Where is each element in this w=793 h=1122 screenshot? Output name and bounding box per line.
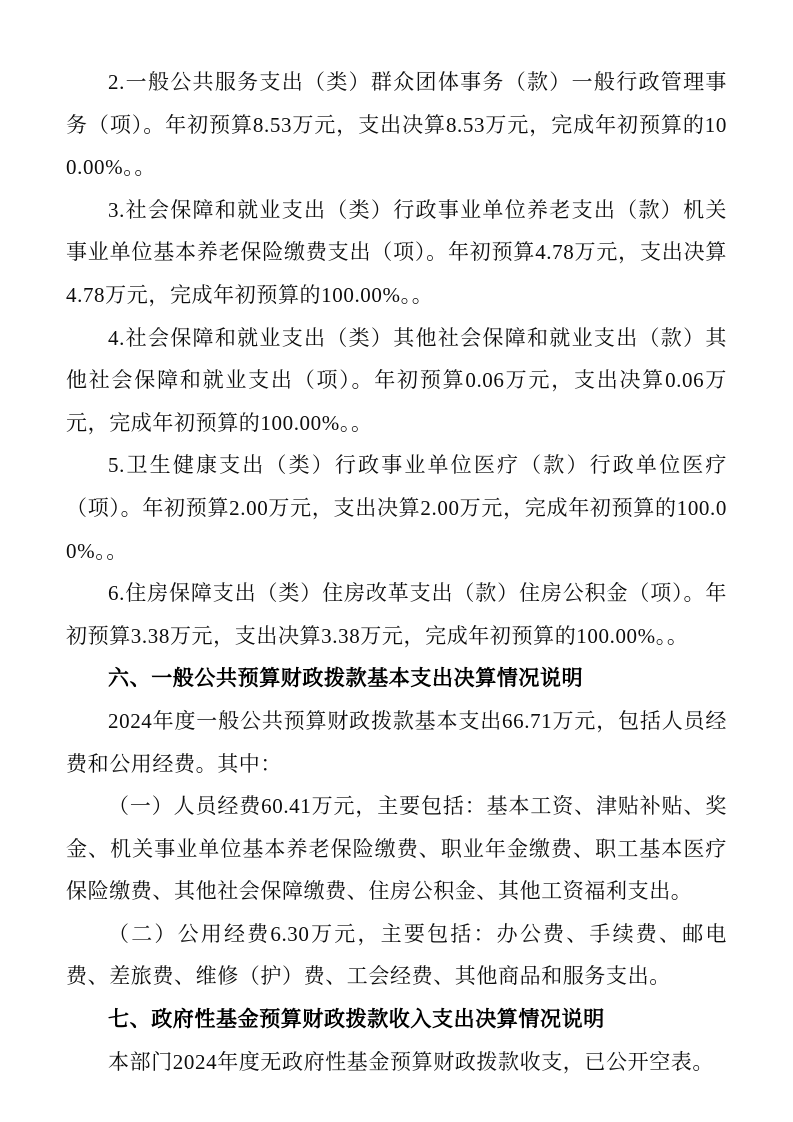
paragraph-basic-expense-summary: 2024年度一般公共预算财政拨款基本支出66.71万元，包括人员经费和公用经费。… [66,700,727,785]
section-heading-seven: 七、政府性基金预算财政拨款收入支出决算情况说明 [66,998,727,1041]
paragraph-expense-item-5: 5.卫生健康支出（类）行政事业单位医疗（款）行政单位医疗（项）。年初预算2.00… [66,444,727,572]
paragraph-public-expense: （二）公用经费6.30万元，主要包括：办公费、手续费、邮电费、差旅费、维修（护）… [66,913,727,998]
paragraph-expense-item-3: 3.社会保障和就业支出（类）行政事业单位养老支出（款）机关事业单位基本养老保险缴… [66,189,727,317]
paragraph-expense-item-4: 4.社会保障和就业支出（类）其他社会保障和就业支出（款）其他社会保障和就业支出（… [66,317,727,445]
paragraph-expense-item-6: 6.住房保障支出（类）住房改革支出（款）住房公积金（项）。年初预算3.38万元，… [66,572,727,657]
document-page: 2.一般公共服务支出（类）群众团体事务（款）一般行政管理事务（项）。年初预算8.… [0,0,793,1122]
paragraph-personnel-expense: （一）人员经费60.41万元，主要包括：基本工资、津贴补贴、奖金、机关事业单位基… [66,785,727,913]
section-heading-six: 六、一般公共预算财政拨款基本支出决算情况说明 [66,657,727,700]
paragraph-government-fund-statement: 本部门2024年度无政府性基金预算财政拨款收支，已公开空表。 [66,1041,727,1084]
paragraph-expense-item-2: 2.一般公共服务支出（类）群众团体事务（款）一般行政管理事务（项）。年初预算8.… [66,61,727,189]
